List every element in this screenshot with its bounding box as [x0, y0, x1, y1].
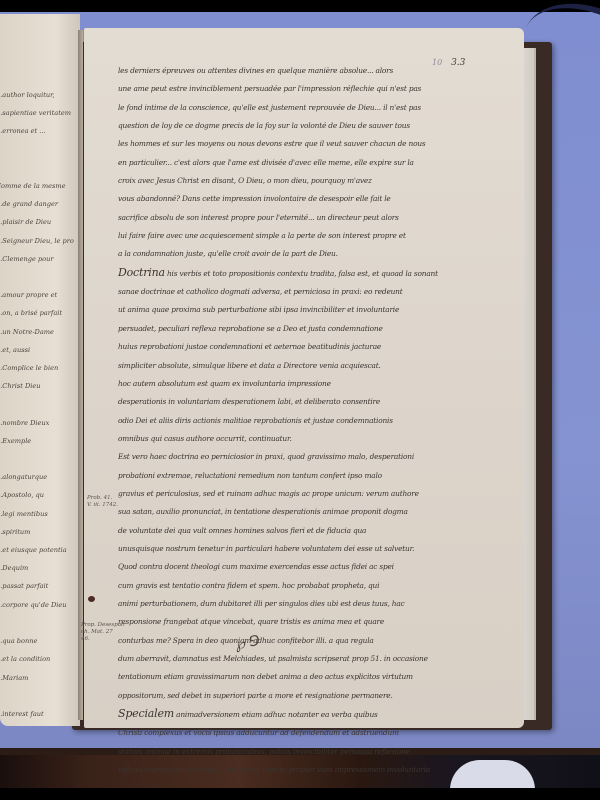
doctrina-heading: Doctrina	[118, 266, 165, 279]
text-line: le fond intime de la conscience, qu'elle…	[118, 99, 490, 117]
text-line: les derniers épreuves ou attentes divine…	[118, 62, 490, 80]
text-line: en particulier... c'est alors que l'ame …	[118, 154, 490, 172]
text-line: croix avec Jesus Christ en disant, O Die…	[118, 172, 490, 190]
left-line	[0, 687, 80, 705]
bottom-black-bar	[0, 788, 600, 800]
margin-note-line: V. iii. 1742.	[87, 502, 118, 509]
text-line: probationi extremae, reluctationi remedi…	[118, 467, 490, 485]
text-line: Christi complexus et vocis ipsius adducu…	[118, 724, 490, 742]
text-line: tentationum etiam gravissimarum non debe…	[118, 668, 490, 686]
left-line: ...Apostolo, qu	[0, 486, 80, 504]
left-line: ...spiritum	[0, 523, 80, 541]
text-line: dum aberravit, damnatus est Melchiades, …	[118, 650, 490, 668]
left-line: ...qua bonne	[0, 632, 80, 650]
left-line: ...legi mentibus	[0, 505, 80, 523]
left-line: ...Clemenge pour	[0, 250, 80, 268]
text-line: ut anima quae proxima sub perturbatione …	[118, 301, 490, 319]
margin-note-line: ch. Mat. 27	[81, 629, 125, 636]
left-line: Comme de la mesme	[0, 177, 80, 195]
left-line	[0, 614, 80, 632]
text-line: persuadet, peculiari reflexa reprobation…	[118, 320, 490, 338]
margin-note-1: Prob. 41. V. iii. 1742.	[87, 495, 118, 509]
left-line	[0, 141, 80, 159]
text-line: his verbis et toto propositionis context…	[167, 269, 438, 278]
ink-blot	[88, 596, 95, 602]
left-line: ...Christ Dieu	[0, 377, 80, 395]
text-line: hoc autem absolutum est quam ex involunt…	[118, 375, 490, 393]
left-line: ...corpore qu'de Dieu	[0, 596, 80, 614]
left-line: ...Dequim	[0, 559, 80, 577]
left-line: ...Seigneur Dieu, le pro	[0, 232, 80, 250]
text-line: desperationis in voluntariam desperation…	[118, 393, 490, 411]
left-line: ...Mariam	[0, 669, 80, 687]
left-line: ...nombre Dieux	[0, 414, 80, 432]
left-line: ...passat parfait	[0, 577, 80, 595]
left-line	[0, 159, 80, 177]
text-line: sacrifice absolu de son interest propre …	[118, 209, 490, 227]
text-line: conturbas me? Spera in deo quoniam adhuc…	[118, 632, 490, 650]
text-line: oppositorum, sed debet in superiori part…	[118, 687, 490, 705]
text-line: huius reprobationi justae condemnationi …	[118, 338, 490, 356]
text-line: reflexa reprobatione sed illa adeo se cu…	[118, 761, 490, 779]
text-line: vous abandonné? Dans cette impression in…	[118, 190, 490, 208]
left-page-text: ...author loquitur, ...sapientiae verita…	[0, 86, 80, 726]
specialem-line: Specialem animadversionem etiam adhuc no…	[118, 705, 490, 724]
left-line	[0, 450, 80, 468]
doctrina-line: Doctrina his verbis et toto propositioni…	[118, 264, 490, 283]
top-black-bar	[0, 0, 600, 12]
manuscript-text: les derniers épreuves ou attentes divine…	[118, 62, 490, 779]
text-line: gravius et periculosius, sed et ruinam a…	[118, 485, 490, 503]
left-line: ...sapientiae veritatem	[0, 104, 80, 122]
text-line: lui faire faire avec une acquiescement s…	[118, 227, 490, 245]
left-line: ...erronea et ...	[0, 122, 80, 140]
text-line: animadversionem etiam adhuc notanter ea …	[176, 710, 377, 719]
text-line: sua satan, auxilio pronunciat, in tentat…	[118, 503, 490, 521]
left-line	[0, 395, 80, 413]
left-line: ...alongaturque	[0, 468, 80, 486]
left-line: ...un Notre-Dame	[0, 323, 80, 341]
specialem-heading: Specialem	[118, 707, 174, 720]
text-line: Est vero haec doctrina eo perniciosior i…	[118, 448, 490, 466]
book-gutter	[78, 30, 83, 720]
text-line: cum gravis est tentatio contra fidem et …	[118, 577, 490, 595]
left-line: ...de grand danger	[0, 195, 80, 213]
text-line: sanae doctrinae et catholico dogmati adv…	[118, 283, 490, 301]
text-line: une ame peut estre invinciblement persua…	[118, 80, 490, 98]
text-line: simpliciter absolute, simulque libere et…	[118, 357, 490, 375]
text-line: les hommes et sur les moyens ou nous dev…	[118, 135, 490, 153]
left-line: ...Exemple	[0, 432, 80, 450]
left-line: ...interest faut	[0, 705, 80, 723]
text-line: unusquisque nostrum tenetur in particula…	[118, 540, 490, 558]
text-line: omnibus qui casus authore occurrit, cont…	[118, 430, 490, 448]
text-line: odio Dei et aliis diris actionis malitia…	[118, 412, 490, 430]
left-line: ...et, aussi	[0, 341, 80, 359]
left-line: ...Complice le bien	[0, 359, 80, 377]
left-line: ...on, a brisé parfait	[0, 304, 80, 322]
left-line: ...author loquitur,	[0, 86, 80, 104]
margin-note-line: Prop. Desespoir	[81, 622, 125, 629]
margin-note-2: Prop. Desespoir ch. Mat. 27 46.	[81, 622, 125, 643]
text-line: de voluntate dei qua vult omnes homines …	[118, 522, 490, 540]
left-line	[0, 268, 80, 286]
text-line: animi perturbationem, dum dubitaret illi…	[118, 595, 490, 613]
left-line: ...qui le cas	[0, 723, 80, 726]
left-page: ...author loquitur, ...sapientiae verita…	[0, 14, 80, 726]
left-line: ...et la condition	[0, 650, 80, 668]
left-line: ...et eiusque potentia	[0, 541, 80, 559]
text-line: responsione frangebat atque vincebat, qu…	[118, 613, 490, 631]
left-line: ...plaisir de Dieu	[0, 213, 80, 231]
text-line: statum animae in extremis probationibus,…	[118, 743, 490, 761]
text-line: Quod contra docent theologi cum maxime e…	[118, 558, 490, 576]
margin-note-line: Prob. 41.	[87, 495, 118, 502]
text-line: a la condamnation juste, qu'elle croit a…	[118, 245, 490, 263]
text-line: question de loy de ce dogme precis de la…	[118, 117, 490, 135]
left-line: ...amour propre et	[0, 286, 80, 304]
margin-note-line: 46.	[81, 636, 125, 643]
